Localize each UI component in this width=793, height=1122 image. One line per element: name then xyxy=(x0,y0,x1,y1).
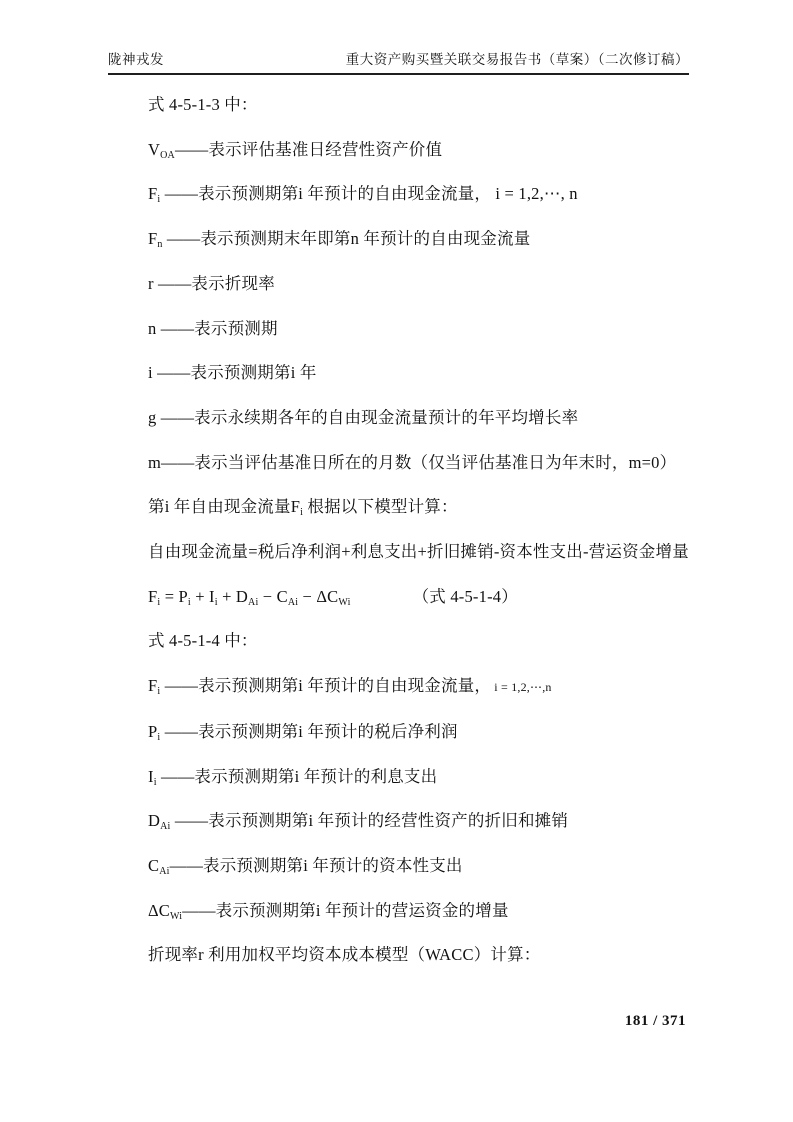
paragraph-def-i: i ——表示预测期第i 年 xyxy=(148,351,708,396)
header-report-title: 重大资产购买暨关联交易报告书（草案）（二次修订稿） xyxy=(346,48,689,68)
paragraph-formula-ref-4-5-1-4: 式 4-5-1-4 中： xyxy=(148,619,708,664)
paragraph-def-fn: Fn ——表示预测期末年即第n 年预计的自由现金流量 xyxy=(148,217,708,262)
page-header: 陇神戎发 重大资产购买暨关联交易报告书（草案）（二次修订稿） xyxy=(108,48,689,75)
subscript: i xyxy=(157,732,160,743)
paragraph-def-r: r ——表示折现率 xyxy=(148,262,708,307)
paragraph-def-fi-2: Fi ——表示预测期第i 年预计的自由现金流量， i = 1,2,⋯,n xyxy=(148,664,708,710)
paragraph-wacc-intro: 折现率r 利用加权平均资本成本模型（WACC）计算： xyxy=(148,933,708,978)
subscript: i xyxy=(157,686,160,697)
paragraph-formula-4-5-1-4: Fi = Pi + Ii + DAi − CAi − ΔCWi（式 4-5-1-… xyxy=(148,575,708,620)
paragraph-def-cai: CAi——表示预测期第i 年预计的资本性支出 xyxy=(148,844,708,889)
formula-gap xyxy=(351,601,413,602)
subscript: Ai xyxy=(159,866,169,877)
subscript: i xyxy=(157,597,160,608)
subscript: i xyxy=(154,777,157,788)
paragraph-def-n: n ——表示预测期 xyxy=(148,307,708,352)
subscript: Ai xyxy=(248,597,258,608)
document-body: 式 4-5-1-3 中：VOA——表示评估基准日经营性资产价值Fi ——表示预测… xyxy=(148,83,708,978)
document-page: 陇神戎发 重大资产购买暨关联交易报告书（草案）（二次修订稿） 式 4-5-1-3… xyxy=(0,0,793,1122)
subscript: n xyxy=(157,239,162,250)
paragraph-def-ii: Ii ——表示预测期第i 年预计的利息支出 xyxy=(148,755,708,800)
subscript: i xyxy=(188,597,191,608)
paragraph-def-pi: Pi ——表示预测期第i 年预计的税后净利润 xyxy=(148,710,708,755)
paragraph-def-dcwi: ΔCWi——表示预测期第i 年预计的营运资金的增量 xyxy=(148,889,708,934)
paragraph-def-fi: Fi ——表示预测期第i 年预计的自由现金流量， i = 1,2,⋯, n xyxy=(148,172,708,217)
paragraph-fcf-equation-text: 自由现金流量=税后净利润+利息支出+折旧摊销-资本性支出-营运资金增量 xyxy=(148,530,708,575)
page-number: 181 / 371 xyxy=(625,1013,686,1030)
header-company-name: 陇神戎发 xyxy=(108,48,164,68)
subscript: i xyxy=(157,194,160,205)
subscript: Ai xyxy=(160,821,170,832)
paragraph-def-g: g ——表示永续期各年的自由现金流量预计的年平均增长率 xyxy=(148,396,708,441)
paragraph-def-voa: VOA——表示评估基准日经营性资产价值 xyxy=(148,128,708,173)
paragraph-def-dai: DAi ——表示预测期第i 年预计的经营性资产的折旧和摊销 xyxy=(148,799,708,844)
subscript: i xyxy=(215,597,218,608)
subscript: Ai xyxy=(288,597,298,608)
paragraph-formula-ref-4-5-1-3: 式 4-5-1-3 中： xyxy=(148,83,708,128)
subscript: OA xyxy=(160,150,175,161)
subscript: Wi xyxy=(338,597,350,608)
paragraph-fcf-model-intro: 第i 年自由现金流量Fi 根据以下模型计算： xyxy=(148,485,708,530)
small-text: i = 1,2,⋯,n xyxy=(491,680,552,694)
subscript: i xyxy=(300,507,303,518)
subscript: Wi xyxy=(170,911,182,922)
paragraph-def-m: m——表示当评估基准日所在的月数（仅当评估基准日为年末时，m=0） xyxy=(148,441,708,486)
